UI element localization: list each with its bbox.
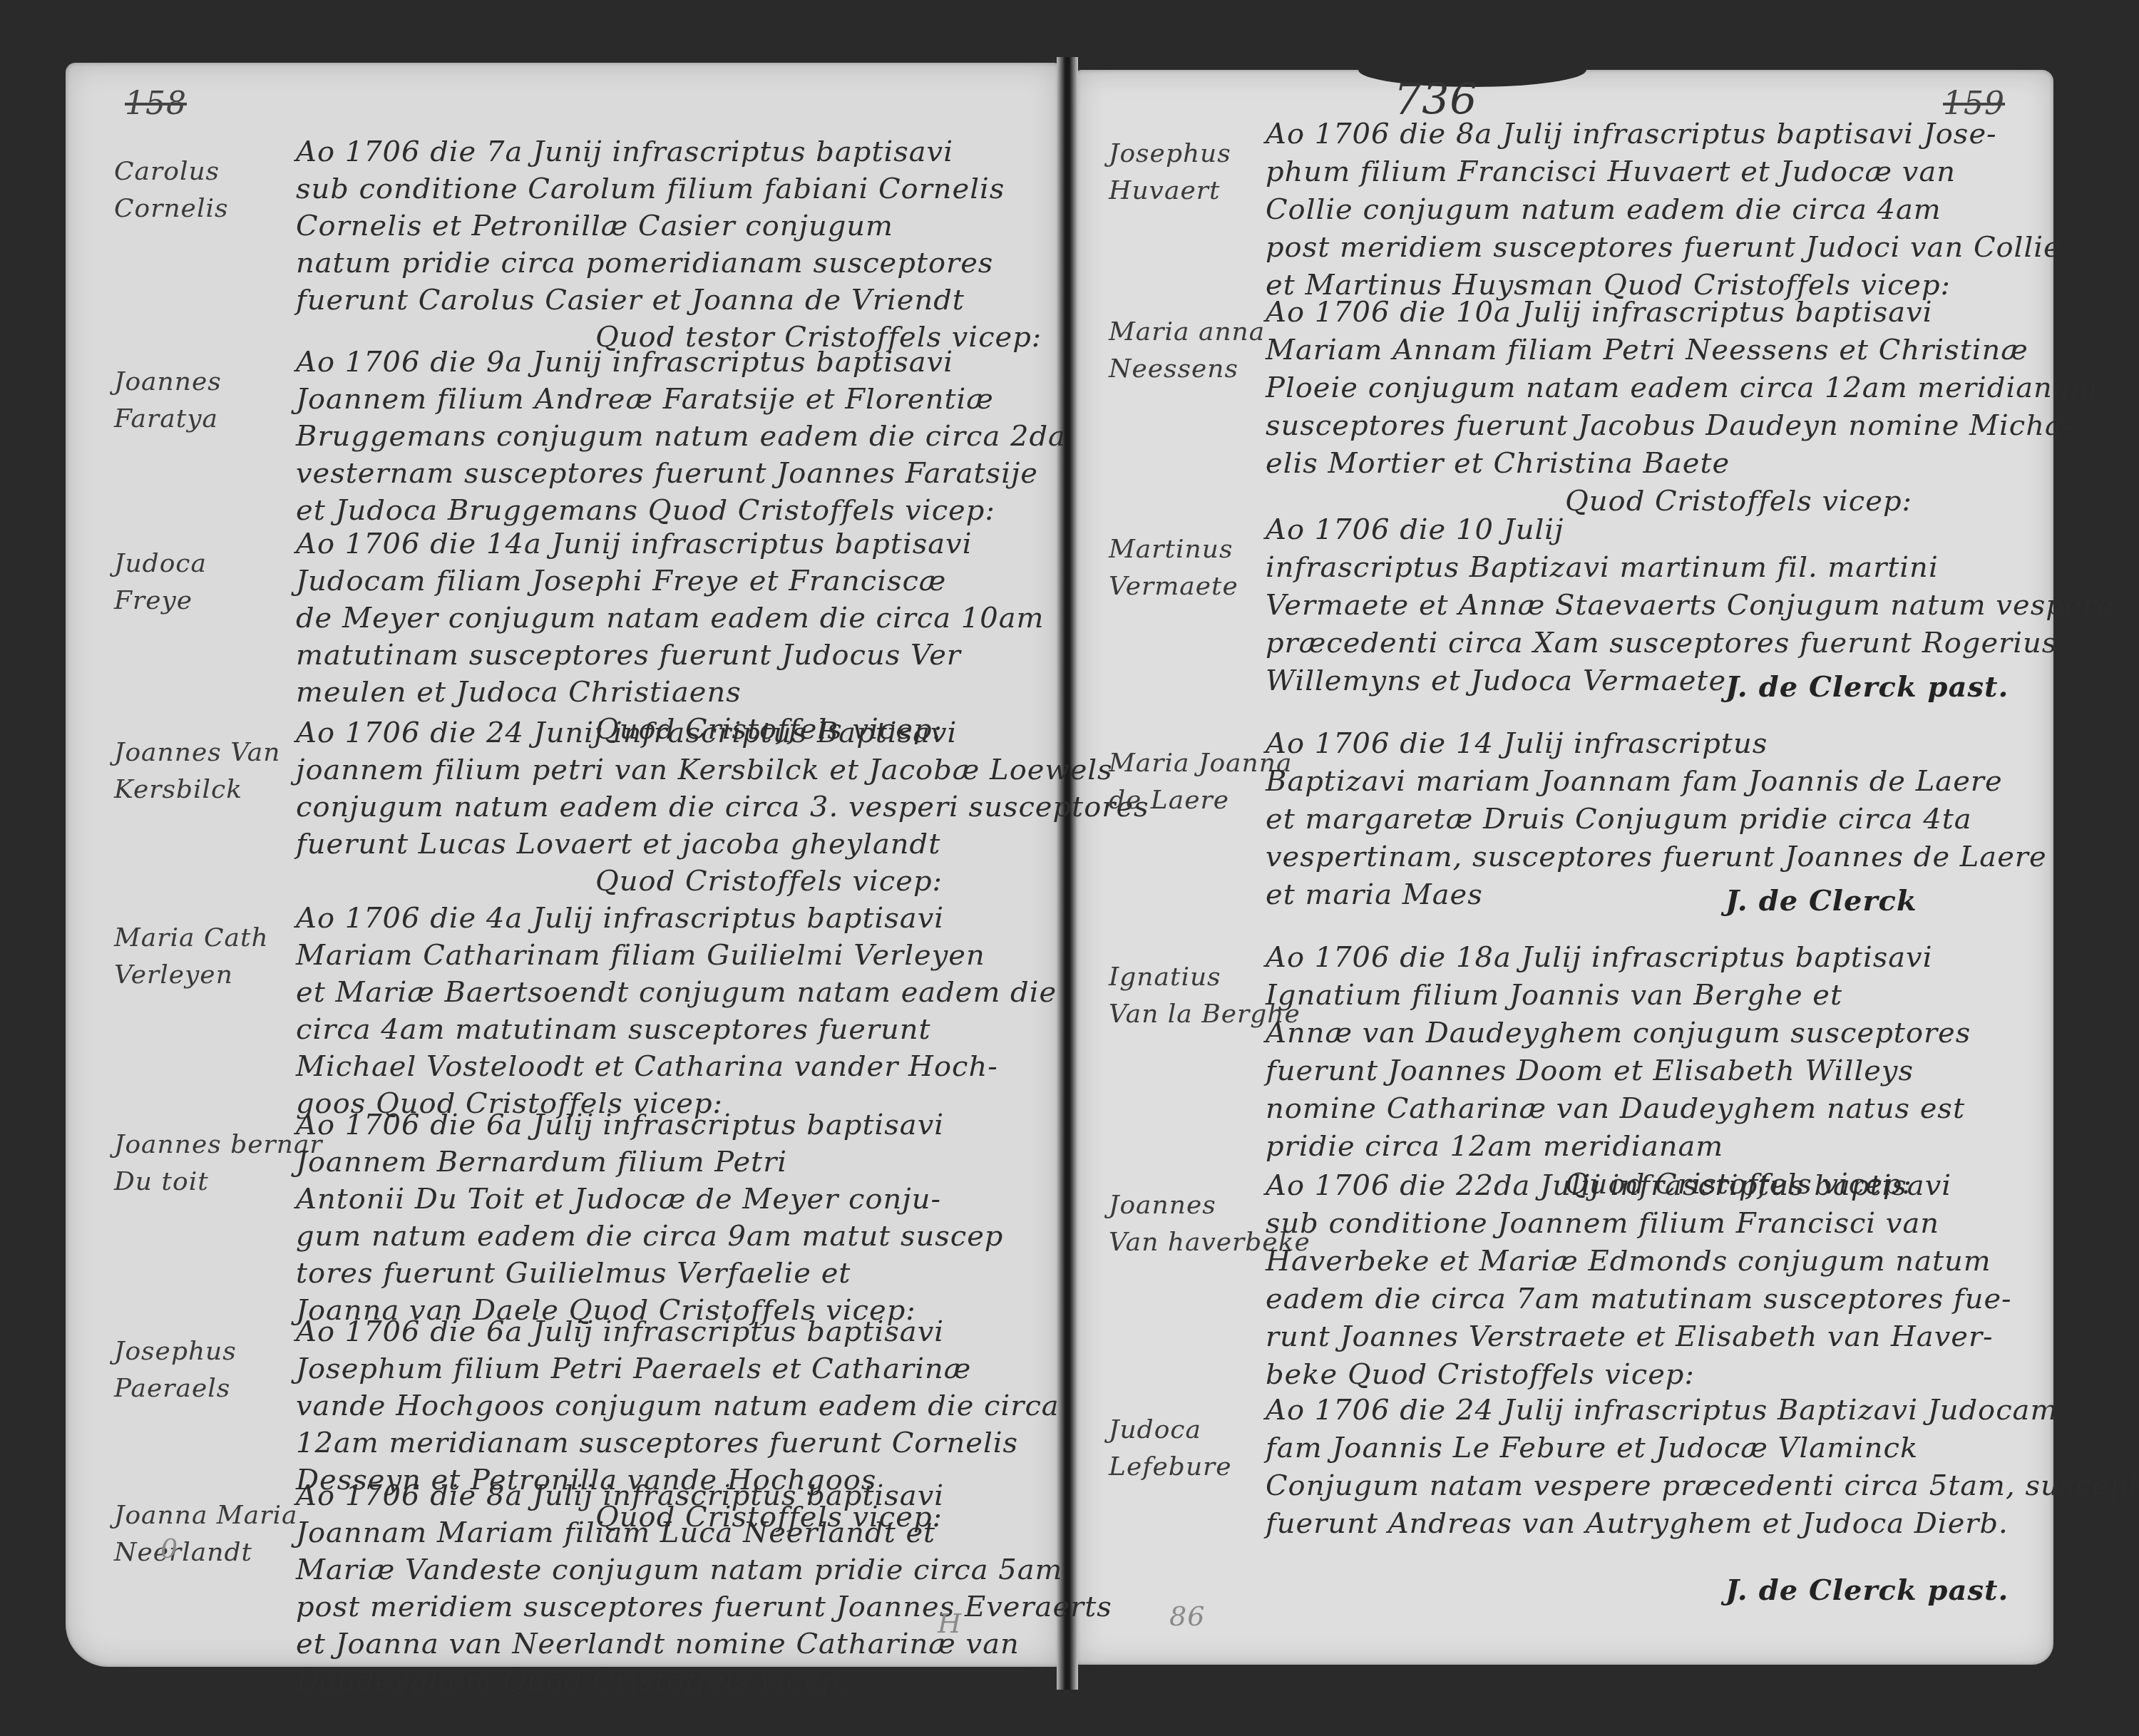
margin-name: Joanna Maria	[114, 1501, 297, 1530]
margin-name: Maria Joanna	[1109, 749, 1292, 778]
margin-name: Maria Cath	[114, 923, 269, 952]
entry-line: Collie conjugum natum eadem die circa 4a…	[1266, 193, 1941, 226]
entry-line: sub conditione Joannem filium Francisci …	[1266, 1207, 1939, 1240]
margin-name: de Laere	[1109, 786, 1229, 815]
margin-name: Huvaert	[1109, 176, 1220, 205]
margin-name: Kersbilck	[114, 775, 242, 804]
entry-line: sub conditione Carolum filium fabiani Co…	[296, 173, 1005, 205]
entry-line: Vermaete et Annæ Staevaerts Conjugum nat…	[1266, 589, 2114, 622]
entry-line: Haverbeke et Mariæ Edmonds conjugum natu…	[1266, 1245, 1991, 1278]
right-bottom-mark: 86	[1169, 1601, 1205, 1632]
entry-line: beke Quod Cristoffels vicep:	[1266, 1358, 1695, 1391]
entry-line: Bruggemans conjugum natum eadem die circ…	[296, 420, 1066, 453]
margin-name: Joannes	[114, 367, 222, 396]
entry-line: et maria Maes	[1266, 878, 1483, 911]
entry-line: fuerunt Andreas van Autryghem et Judoca …	[1266, 1507, 2009, 1540]
margin-name: Martinus	[1109, 535, 1233, 564]
margin-name: Joannes	[1109, 1191, 1216, 1220]
margin-name: Carolus	[114, 157, 220, 186]
entry-line: et Judoca Bruggemans Quod Cristoffels vi…	[296, 494, 995, 527]
entry-line: Judocam filiam Josephi Freye et Francisc…	[296, 565, 946, 597]
pastor-signature: J. de Clerck past.	[1725, 1573, 2009, 1607]
entry-line: Mariam Annam filiam Petri Neessens et Ch…	[1266, 334, 2028, 366]
entry-line: et margaretæ Druis Conjugum pridie circa…	[1266, 803, 1972, 836]
entry-line: Ao 1706 die 8a Julij infrascriptus bapti…	[296, 1479, 944, 1512]
entry-line: Antonii Du Toit et Judocæ de Meyer conju…	[296, 1183, 941, 1216]
margin-name: Joannes Van	[114, 738, 281, 767]
entry-line: nomine Catharinæ van Daudeyghem natus es…	[1266, 1092, 1965, 1125]
entry-line: Cornelis et Petronillæ Casier conjugum	[296, 210, 893, 242]
margin-name: Faratya	[114, 404, 218, 433]
entry-line: Daudeyghem Quod Cristoffels vicep:	[296, 1665, 850, 1698]
margin-name: Paeraels	[114, 1374, 230, 1403]
entry-line: vesternam susceptores fuerunt Joannes Fa…	[296, 457, 1038, 490]
book-binding-gutter	[1057, 57, 1078, 1690]
margin-name: Neerlandt	[114, 1538, 252, 1567]
entry-line: Ploeie conjugum natam eadem circa 12am m…	[1266, 371, 2098, 404]
entry-line: fam Joannis Le Febure et Judocæ Vlaminck	[1266, 1432, 1918, 1464]
entry-line: eadem die circa 7am matutinam susceptore…	[1266, 1283, 2012, 1315]
entry-line: Ao 1706 die 22da Julij infrascriptus bap…	[1266, 1169, 1951, 1202]
entry-line: Baptizavi mariam Joannam fam Joannis de …	[1266, 765, 2003, 798]
entry-line: Ao 1706 die 18a Julij infrascriptus bapt…	[1266, 941, 1933, 974]
left-folio-old: 158	[125, 86, 187, 122]
entry-line: Willemyns et Judoca Vermaete	[1266, 664, 1726, 697]
entry-line: fuerunt Joannes Doom et Elisabeth Willey…	[1266, 1054, 1914, 1087]
entry-line: de Meyer conjugum natam eadem die circa …	[296, 602, 1045, 635]
entry-line: præcedenti circa Xam susceptores fuerunt…	[1266, 627, 2057, 659]
left-bottom-mark-2: H	[938, 1608, 962, 1639]
entry-line: fuerunt Lucas Lovaert et jacoba gheyland…	[296, 828, 940, 861]
entry-line: Ao 1706 die 10 Julij	[1266, 513, 1564, 546]
entry-line: matutinam susceptores fuerunt Judocus Ve…	[296, 639, 961, 672]
entry-line: Josephum filium Petri Paeraels et Cathar…	[296, 1352, 971, 1385]
entry-line: tores fuerunt Guilielmus Verfaelie et	[296, 1257, 851, 1290]
entry-line: Mariam Catharinam filiam Guilielmi Verle…	[296, 939, 985, 972]
entry-line: phum filium Francisci Huvaert et Judocæ …	[1266, 155, 1956, 188]
margin-name: Lefebure	[1109, 1452, 1232, 1481]
entry-line: Michael Vosteloodt et Catharina vander H…	[296, 1050, 998, 1083]
entry-line: Ao 1706 die 7a Junij infrascriptus bapti…	[296, 135, 953, 168]
entry-line: Ao 1706 die 8a Julij infrascriptus bapti…	[1266, 118, 1997, 150]
entry-line: natum pridie circa pomeridianam suscepto…	[296, 247, 993, 279]
entry-line: Conjugum natam vespere præcedenti circa …	[1266, 1469, 2139, 1502]
entry-line: Ao 1706 die 6a Julij infrascriptus bapti…	[296, 1315, 944, 1348]
entry-line: Joannam Mariam filiam Luca Neerlandt et	[296, 1516, 935, 1549]
entry-line: Ao 1706 die 14a Junij infrascriptus bapt…	[296, 528, 972, 560]
entry-line: vespertinam, susceptores fuerunt Joannes…	[1266, 841, 2047, 873]
entry-line: Ao 1706 die 4a Julij infrascriptus bapti…	[296, 902, 944, 935]
entry-line: Joannem Bernardum filium Petri	[296, 1146, 787, 1178]
entry-line: infrascriptus Baptizavi martinum fil. ma…	[1266, 551, 1939, 584]
margin-name: Freye	[114, 586, 193, 615]
margin-name: Ignatius	[1109, 962, 1221, 992]
entry-line: conjugum natum eadem die circa 3. vesper…	[296, 791, 1149, 823]
pastor-signature: J. de Clerck past.	[1725, 670, 2009, 704]
margin-name: Du toit	[114, 1167, 209, 1196]
entry-line: Ao 1706 die 10a Julij infrascriptus bapt…	[1266, 296, 1933, 329]
margin-name: Josephus	[1109, 139, 1231, 168]
entry-line: joannem filium petri van Kersbilck et Ja…	[296, 754, 1113, 786]
margin-name: Judoca	[1109, 1415, 1201, 1444]
entry-line: fuerunt Carolus Casier et Joanna de Vrie…	[296, 284, 965, 317]
entry-line: pridie circa 12am meridianam	[1266, 1130, 1723, 1163]
margin-name: Joannes bernar	[114, 1130, 323, 1159]
entry-line: Mariæ Vandeste conjugum natam pridie cir…	[296, 1553, 1063, 1586]
entry-line: vande Hochgoos conjugum natum eadem die …	[296, 1390, 1060, 1422]
margin-name: Judoca	[114, 549, 207, 578]
entry-line: Ao 1706 die 24 Julij infrascriptus Bapti…	[1266, 1394, 2058, 1427]
entry-line: post meridiem susceptores fuerunt Judoci…	[1266, 231, 2061, 264]
entry-line: Ignatium filium Joannis van Berghe et	[1266, 979, 1842, 1012]
entry-line: Quod Cristoffels vicep:	[1565, 485, 1912, 518]
entry-line: 12am meridianam susceptores fuerunt Corn…	[296, 1427, 1018, 1459]
pastor-signature: J. de Clerck	[1725, 884, 1917, 918]
entry-line: meulen et Judoca Christiaens	[296, 676, 742, 709]
entry-line: et Mariæ Baertsoendt conjugum natam eade…	[296, 976, 1057, 1009]
entry-line: circa 4am matutinam susceptores fuerunt	[296, 1013, 931, 1046]
entry-line: et Joanna van Neerlandt nomine Catharinæ…	[296, 1628, 1020, 1660]
right-folio-old: 159	[1943, 86, 2005, 122]
entry-line: Ao 1706 die 6a Julij infrascriptus bapti…	[296, 1109, 944, 1141]
entry-line: Annæ van Daudeyghem conjugum susceptores	[1266, 1017, 1971, 1049]
entry-line: Quod Cristoffels vicep:	[595, 865, 943, 898]
margin-name: Cornelis	[114, 194, 228, 223]
entry-line: runt Joannes Verstraete et Elisabeth van…	[1266, 1320, 1994, 1353]
entry-line: gum natum eadem die circa 9am matut susc…	[296, 1220, 1003, 1253]
right-folio-main: 736	[1394, 75, 1478, 125]
left-bottom-mark: 0	[160, 1533, 178, 1564]
entry-line: Ao 1706 die 9a Junij infrascriptus bapti…	[296, 346, 953, 379]
margin-name: Josephus	[114, 1337, 237, 1366]
entry-line: Ao 1706 die 24 Junij infrascriptus Bapti…	[296, 717, 957, 749]
entry-line: susceptores fuerunt Jacobus Daudeyn nomi…	[1266, 409, 2073, 442]
margin-name: Verleyen	[114, 960, 233, 990]
entry-line: Joannem filium Andreæ Faratsije et Flore…	[296, 383, 994, 416]
entry-line: elis Mortier et Christina Baete	[1266, 447, 1730, 480]
entry-line: post meridiem susceptores fuerunt Joanne…	[296, 1591, 1112, 1623]
entry-line: Ao 1706 die 14 Julij infrascriptus	[1266, 727, 1768, 760]
margin-name: Vermaete	[1109, 572, 1238, 601]
margin-name: Maria anna	[1109, 317, 1265, 346]
margin-name: Neessens	[1109, 354, 1238, 384]
